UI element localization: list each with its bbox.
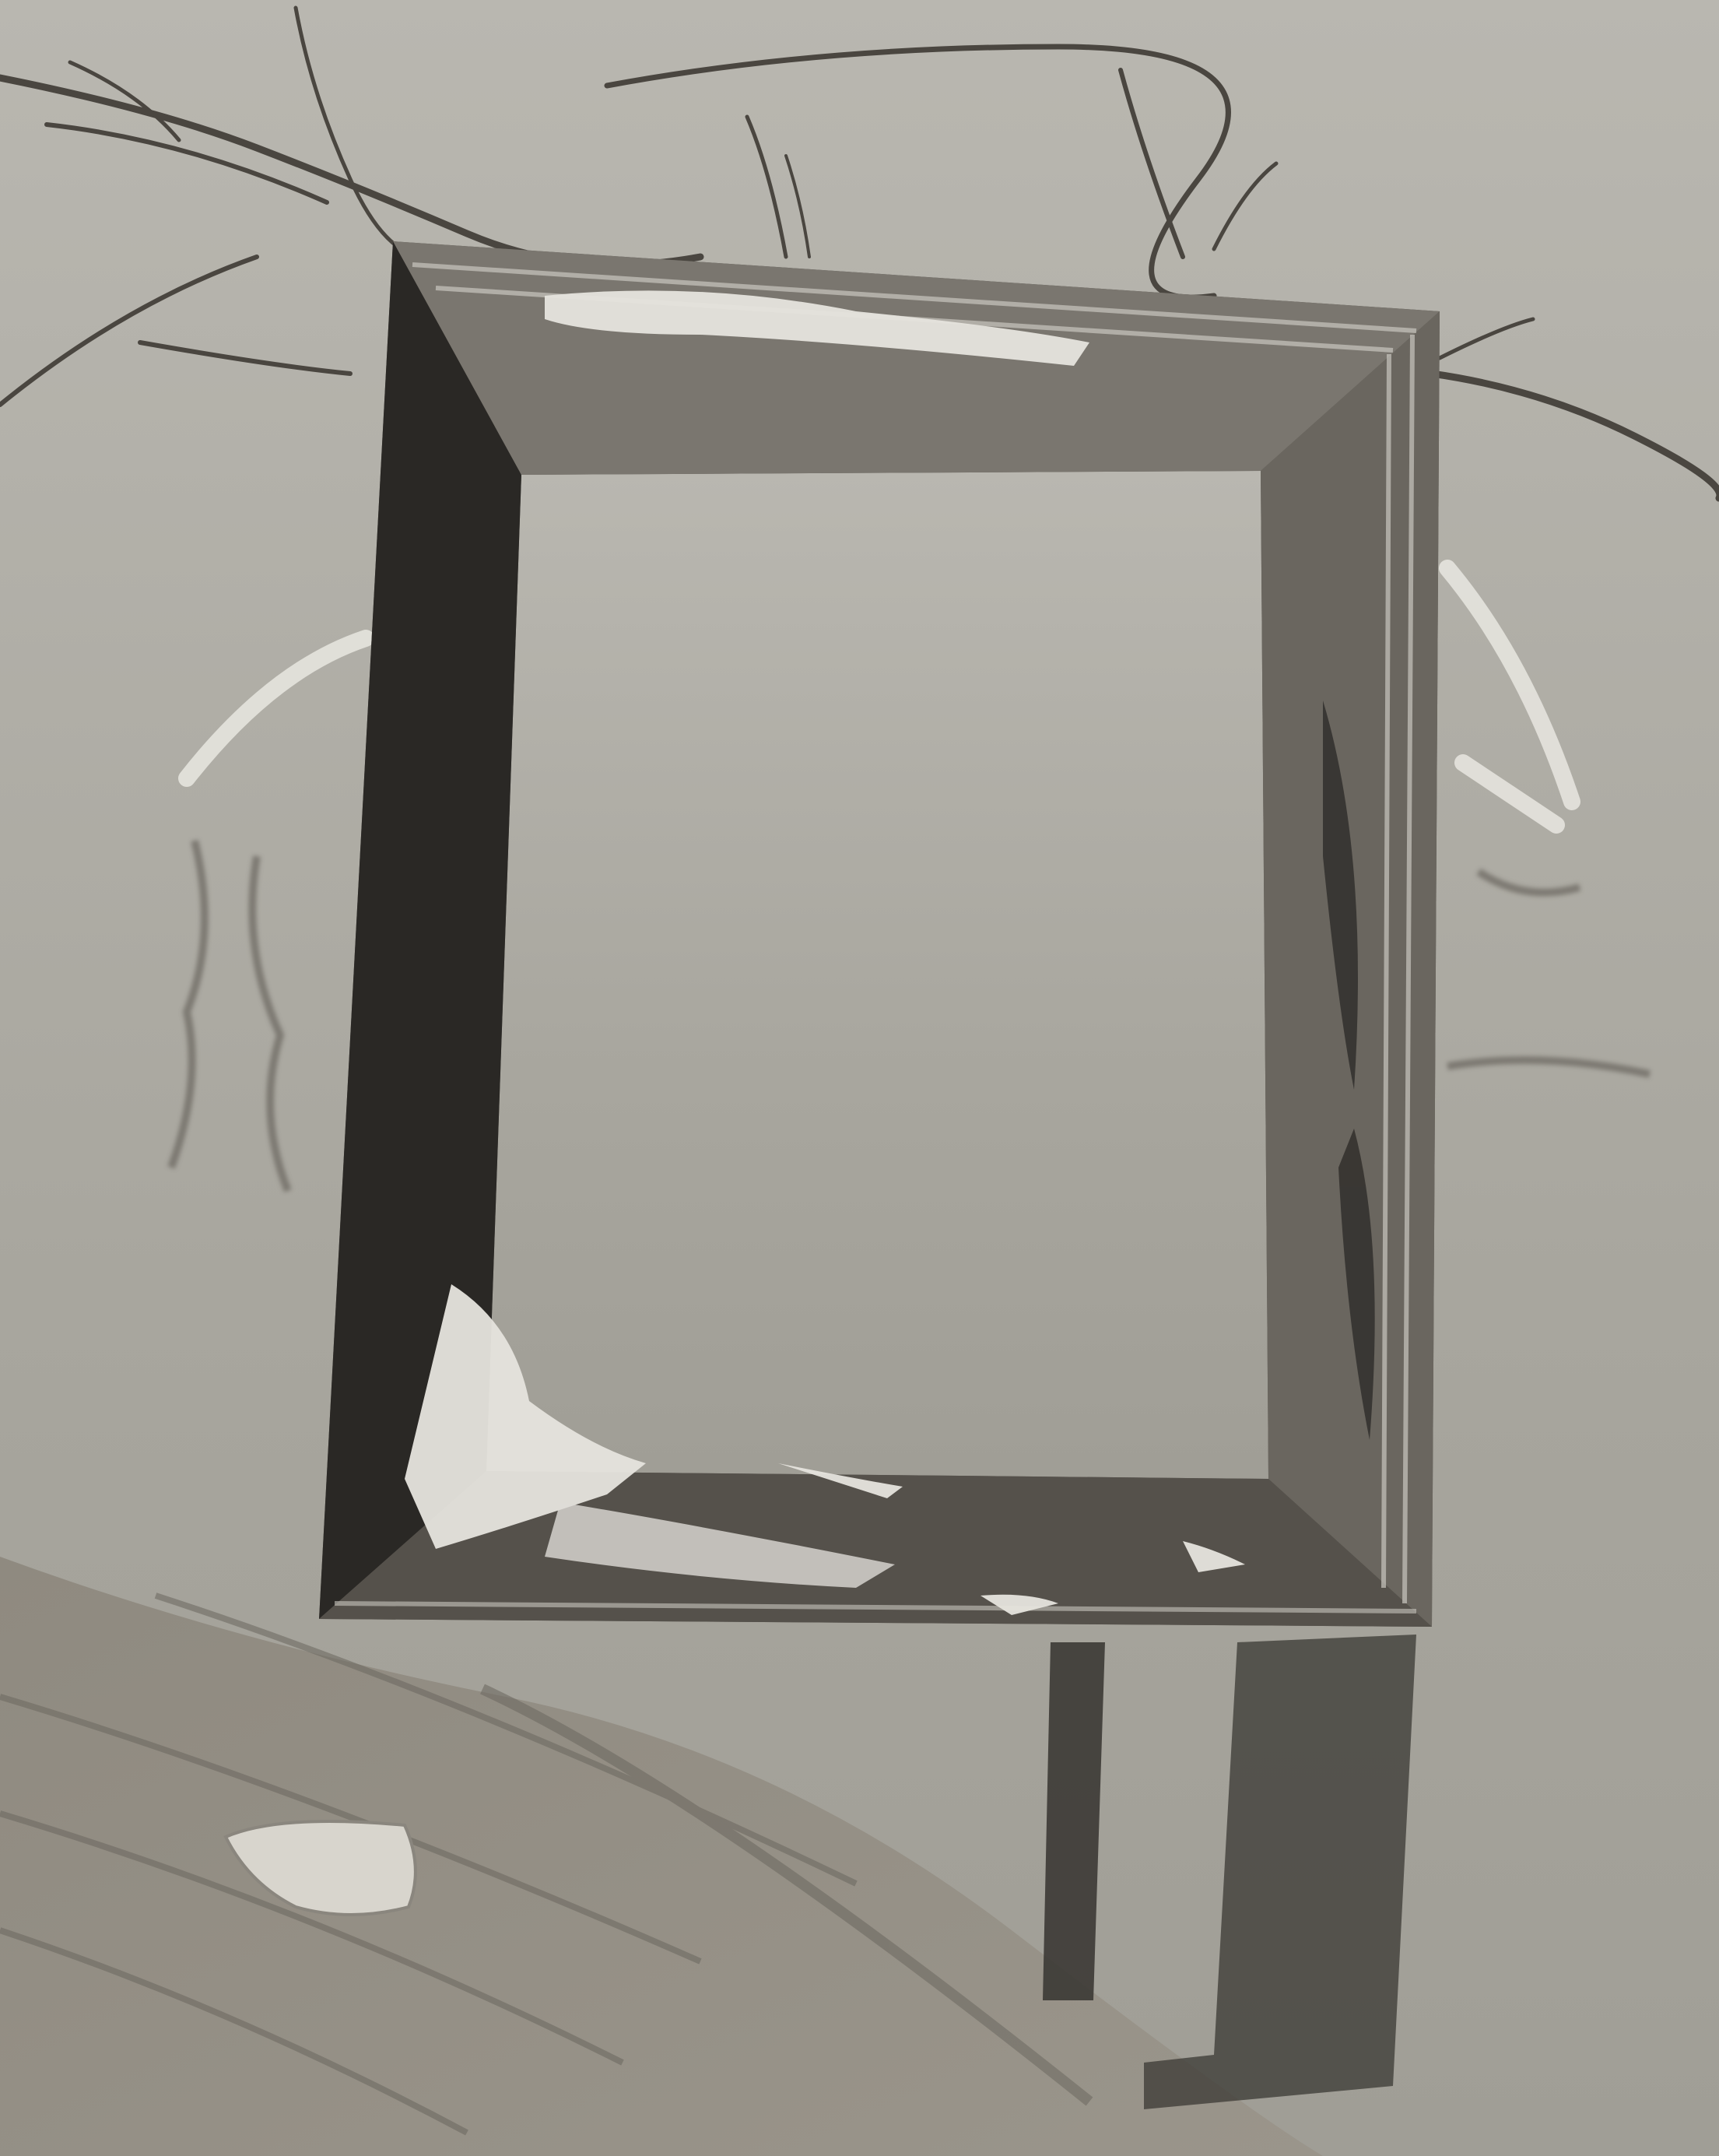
photograph [0, 0, 1719, 2156]
